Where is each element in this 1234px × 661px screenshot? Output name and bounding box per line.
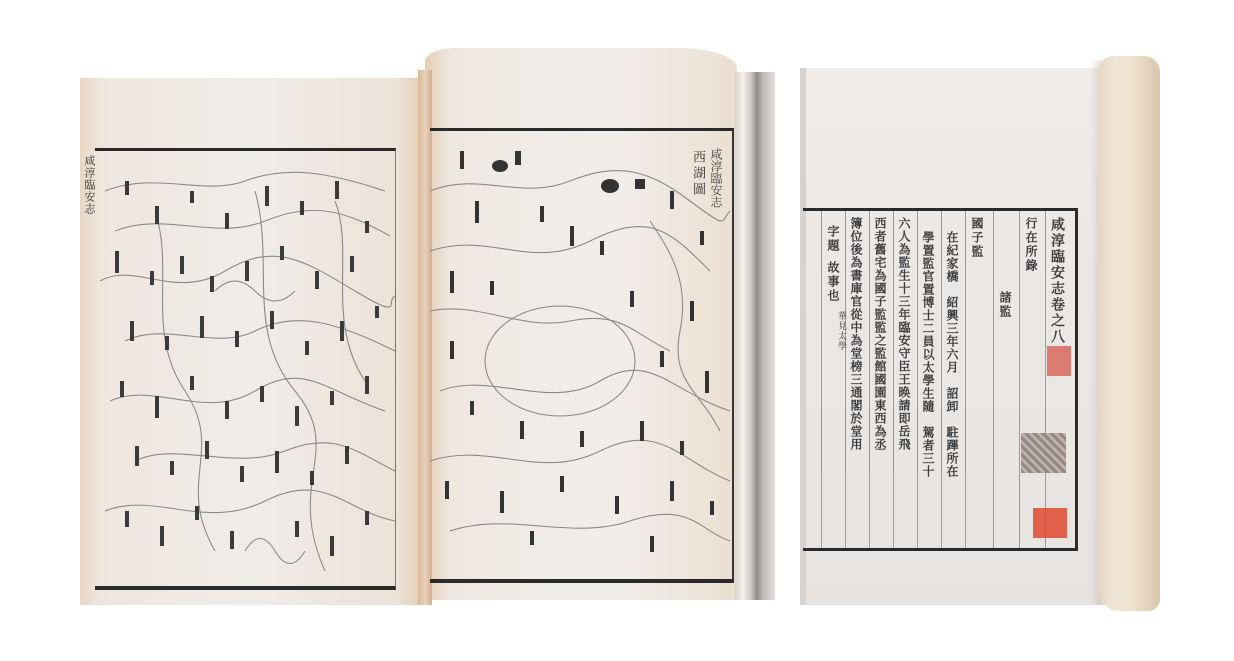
seal-top [1047,346,1071,376]
west-lake-map-left-half [95,148,396,590]
text-column-1: 在紀家橋 紹興三年六月 詔卸 駐蹕所在 [945,231,959,478]
text-column-4: 西者舊宅為國子監監之監館國園東西為丞 [873,217,887,451]
book-page-edges [735,72,775,600]
section-title: 國子監 [969,217,985,259]
paper-roll [1098,56,1160,611]
column-rule [1045,211,1046,548]
left-page-margin-header: 咸淳臨安志 [82,155,96,215]
column-rule [845,211,846,548]
volume-title: 咸淳臨安志卷之八 [1049,217,1065,345]
text-column-6b: 故事也 [825,261,841,303]
column-rule [917,211,918,548]
column-rule [993,211,994,548]
column-rule [869,211,870,548]
column-rule [821,211,822,548]
text-block-frame: 咸淳臨安志卷之八 行在所錄 諸監 國子監 在紀家橋 紹興三年六月 詔卸 駐蹕所在… [803,208,1078,551]
subtitle: 行在所錄 [1023,217,1039,273]
annotation-small: 華見太學 [833,311,849,351]
text-column-2: 學置監官置博士二員以太學生隨 駕者三十 [921,231,935,478]
column-rule [893,211,894,548]
column-rule [1019,211,1020,548]
text-column-6: 字題 [825,225,841,253]
seal-middle [1021,433,1066,473]
column-rule [965,211,966,548]
map-left-drawing [95,151,395,586]
seal-bottom [1033,508,1067,538]
text-column-5: 簿位後為書庫官從中為堂榜三通閣於堂用 [849,217,863,451]
west-lake-map-right-half [430,128,734,583]
map-right-drawing [430,131,732,579]
text-column-3: 六人為監生十三年臨安守臣王㬇請即岳飛 [897,217,911,451]
heading: 諸監 [997,291,1013,319]
column-rule [941,211,942,548]
